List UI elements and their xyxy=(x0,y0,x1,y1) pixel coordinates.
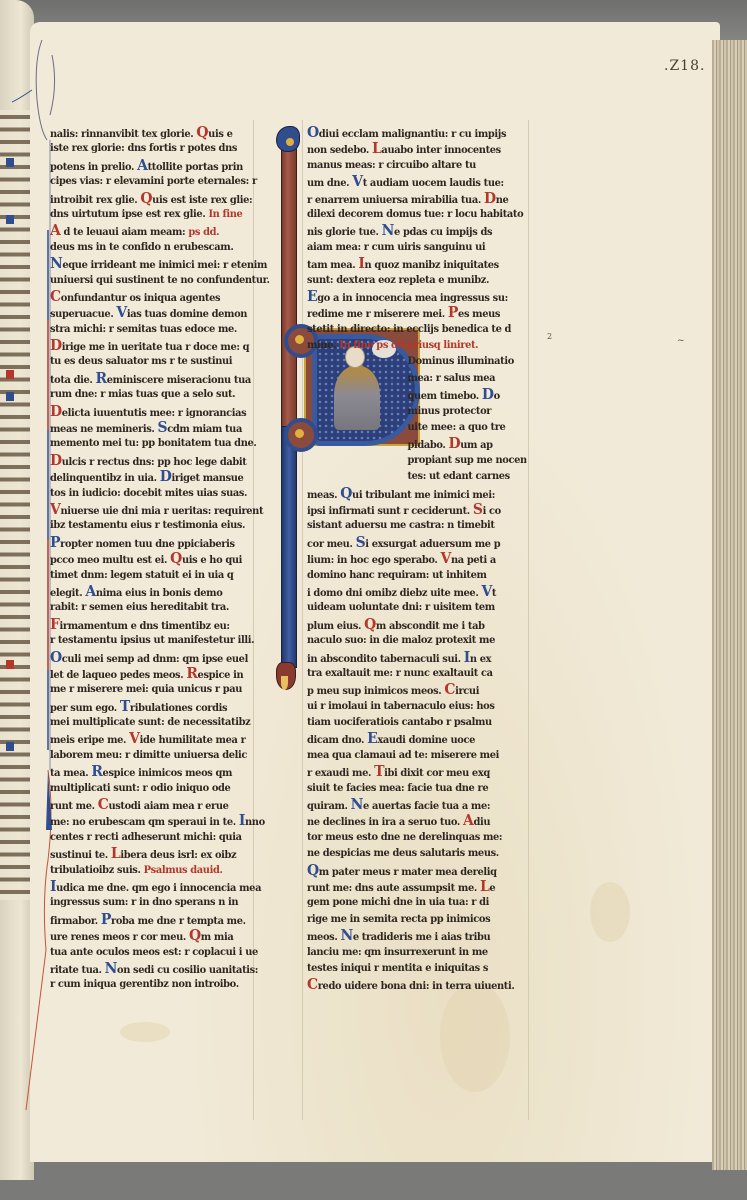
colored-initial: D xyxy=(449,435,461,451)
text-line: introibit rex glie. Quis est iste rex gl… xyxy=(50,190,270,206)
colored-initial: V xyxy=(481,583,491,599)
text-line: lanciu me: qm insurrexerunt in me xyxy=(307,944,527,960)
text-line: i domo dni omibz diebz uite mee. Vt xyxy=(307,583,527,599)
text-line: timet dnm: legem statuit ei in uia q xyxy=(50,567,270,583)
text-line: stetit in directo: in ecclijs benedica t… xyxy=(307,321,527,337)
text-line: sunt: dextera eoz repleta e munibz. xyxy=(307,272,527,288)
text-line: Propter nomen tuu dne ppiciaberis xyxy=(50,534,270,550)
text-line: Odiui ecclam malignantiu: r cu impijs xyxy=(307,124,527,140)
text-line: rige me in semita recta pp inimicos xyxy=(307,911,527,927)
text-line: non sedebo. Lauabo inter innocentes xyxy=(307,140,527,156)
text-line: redime me r miserere mei. Pes meus xyxy=(307,304,527,320)
text-line: meas. Qui tribulant me inimici mei: xyxy=(307,485,527,501)
text-line: quem timebo. Do xyxy=(307,386,527,402)
colored-initial: N xyxy=(351,796,363,812)
text-line: siuit te facies mea: facie tua dne re xyxy=(307,780,527,796)
text-line: ritate tua. Non sedi cu cosilio uanitati… xyxy=(50,960,270,976)
text-line: A d te leuaui aiam meam: ps dd. xyxy=(50,222,270,238)
colored-initial: Q xyxy=(340,485,352,501)
text-line: tos in iudicio: docebit mites uias suas. xyxy=(50,485,270,501)
text-line: tor meus esto dne ne derelinquas me: xyxy=(307,829,527,845)
text-line: uideam uoluntate dni: r uisitem tem xyxy=(307,599,527,615)
text-line: mei multiplicate sunt: de necessitatibz xyxy=(50,714,270,730)
text-line: cor meu. Si exsurgat aduersum me p xyxy=(307,534,527,550)
text-line: aiam mea: r cum uiris sanguinu ui xyxy=(307,239,527,255)
colored-initial: C xyxy=(444,681,455,697)
colored-initial: S xyxy=(473,501,483,517)
text-line: tam mea. In quoz manibz iniquitates xyxy=(307,255,527,271)
text-line: testes iniqui r mentita e iniquitas s xyxy=(307,960,527,976)
colored-initial: Q xyxy=(307,862,319,878)
text-line: tribulatioibz suis. Psalmus dauid. xyxy=(50,862,270,878)
colored-initial: Q xyxy=(140,190,152,206)
text-line: Neque irrideant me inimici mei: r etenim xyxy=(50,255,270,271)
colored-initial: Q xyxy=(189,927,201,943)
colored-initial: A xyxy=(137,157,147,173)
colored-initial: A xyxy=(463,812,473,828)
text-line: sistant aduersu me castra: n timebit xyxy=(307,517,527,533)
text-line: centes r recti adheserunt michi: quia xyxy=(50,829,270,845)
text-line: uniuersi qui sustinent te no confundentu… xyxy=(50,272,270,288)
text-line: ta mea. Respice inimicos meos qm xyxy=(50,763,270,779)
text-line: uite mee: a quo tre xyxy=(307,419,527,435)
text-line: Ego a in innocencia mea ingressus su: xyxy=(307,288,527,304)
ruling-line xyxy=(528,120,529,1120)
text-line: multiplicati sunt: r odio iniquo ode xyxy=(50,780,270,796)
text-line: p meu sup inimicos meos. Circui xyxy=(307,681,527,697)
colored-initial: Q xyxy=(196,124,208,140)
colored-initial: O xyxy=(307,124,319,140)
colored-initial: N xyxy=(382,222,394,238)
text-line: Credo uidere bona dni: in terra uiuenti. xyxy=(307,976,527,992)
colored-initial: V xyxy=(441,550,451,566)
colored-initial: V xyxy=(116,304,126,320)
text-line: meis eripe me. Vide humilitate mea r xyxy=(50,730,270,746)
colored-initial: T xyxy=(374,763,384,779)
colored-initial: N xyxy=(50,255,62,271)
text-line: Dulcis r rectus dns: pp hoc lege dabit xyxy=(50,452,270,468)
text-line: manus meas: r circuibo altare tu xyxy=(307,157,527,173)
rubric: Psalmus dauid. xyxy=(144,864,223,876)
text-line: ipsi infirmati sunt r ceciderunt. Si co xyxy=(307,501,527,517)
colored-initial: P xyxy=(448,304,458,320)
colored-initial: E xyxy=(367,730,377,746)
colored-initial: D xyxy=(50,452,62,468)
colored-initial: Q xyxy=(170,550,182,566)
colored-initial: O xyxy=(50,649,62,665)
text-line: Confundantur os iniqua agentes xyxy=(50,288,270,304)
text-line: Dominus illuminatio xyxy=(307,353,527,369)
text-line: stra michi: r semitas tuas edoce me. xyxy=(50,321,270,337)
colored-initial: V xyxy=(129,730,139,746)
text-line: ne despicias me deus salutaris meus. xyxy=(307,845,527,861)
text-line: dilexi decorem domus tue: r locu habitat… xyxy=(307,206,527,222)
text-line: tiam uociferatiois cantabo r psalmu xyxy=(307,714,527,730)
text-line: Qm pater meus r mater mea dereliq xyxy=(307,862,527,878)
folio-number: .Z18. xyxy=(664,58,705,74)
text-line: rabit: r semen eius hereditabit tra. xyxy=(50,599,270,615)
colored-initial: N xyxy=(105,960,117,976)
text-line: tu es deus saluator ms r te sustinui xyxy=(50,353,270,369)
text-line: plum eius. Qm abscondit me i tab xyxy=(307,616,527,632)
margin-mark: 2 xyxy=(547,332,552,341)
text-line: deus ms in te confido n erubescam. xyxy=(50,239,270,255)
text-line: ibz testamentu eius r testimonia eius. xyxy=(50,517,270,533)
colored-initial: P xyxy=(101,911,111,927)
text-line: runt me. Custodi aiam mea r erue xyxy=(50,796,270,812)
text-line: Vniuerse uie dni mia r ueritas: requiren… xyxy=(50,501,270,517)
text-line: Iudica me dne. qm ego i innocencia mea xyxy=(50,878,270,894)
colored-initial: A xyxy=(85,583,95,599)
text-line: runt me: dns aute assumpsit me. Le xyxy=(307,878,527,894)
colored-initial: V xyxy=(50,501,60,517)
page-edges xyxy=(712,40,747,1170)
rubric: ps dd. xyxy=(188,226,219,238)
text-line: mine. In fine ps dd priusq liniret. xyxy=(307,337,527,353)
text-line: r testamentu ipsius ut manifestetur illi… xyxy=(50,632,270,648)
text-line: r enarrem uniuersa mirabilia tua. Dne xyxy=(307,190,527,206)
text-line: ingressus sum: r in dno sperans n in xyxy=(50,894,270,910)
rubric: In fine ps dd priusq liniret. xyxy=(339,339,478,351)
colored-initial: D xyxy=(484,190,496,206)
text-line: ne declines in ira a seruo tuo. Adiu xyxy=(307,812,527,828)
text-line: dns uirtutum ipse est rex glie. In fine xyxy=(50,206,270,222)
text-line: um dne. Vt audiam uocem laudis tue: xyxy=(307,173,527,189)
text-line: propiant sup me nocen xyxy=(307,452,527,468)
text-line: nis glorie tue. Ne pdas cu impijs ds xyxy=(307,222,527,238)
colored-initial: L xyxy=(111,845,120,861)
colored-initial: R xyxy=(96,370,107,386)
text-line: gem pone michi dne in uia tua: r di xyxy=(307,894,527,910)
text-line: iste rex glorie: dns fortis r potes dns xyxy=(50,140,270,156)
text-line: r exaudi me. Tibi dixit cor meu exq xyxy=(307,763,527,779)
colored-initial: S xyxy=(356,534,366,550)
text-line: tra exaltauit me: r nunc exaltauit ca xyxy=(307,665,527,681)
text-line: mea: r salus mea xyxy=(307,370,527,386)
margin-note: ~ xyxy=(677,336,685,346)
text-line: lium: in hoc ego sperabo. Vna peti a xyxy=(307,550,527,566)
colored-initial: C xyxy=(98,796,109,812)
text-line: let de laqueo pedes meos. Respice in xyxy=(50,665,270,681)
colored-initial: F xyxy=(50,616,60,632)
colored-initial: I xyxy=(239,812,245,828)
colored-initial: L xyxy=(480,878,489,894)
colored-initial: E xyxy=(307,288,317,304)
text-line: ure renes meos r cor meu. Qm mia xyxy=(50,927,270,943)
initial-stem-blue xyxy=(281,426,297,668)
colored-initial: I xyxy=(358,255,364,271)
colored-initial: C xyxy=(307,976,318,992)
text-line: me: no erubescam qm speraui in te. Inno xyxy=(50,812,270,828)
text-line: Oculi mei semp ad dnm: qm ipse euel xyxy=(50,649,270,665)
text-line: laborem meu: r dimitte uniuersa delic xyxy=(50,747,270,763)
text-line: me r miserere mei: quia unicus r pau xyxy=(50,681,270,697)
colored-initial: D xyxy=(50,403,62,419)
text-line: tota die. Reminiscere miseracionu tua xyxy=(50,370,270,386)
colored-initial: R xyxy=(91,763,102,779)
text-line: cipes vias: r elevamini porte eternales:… xyxy=(50,173,270,189)
colored-initial: C xyxy=(50,288,61,304)
text-line: ui r imolaui in tabernaculo eius: hos xyxy=(307,698,527,714)
text-line: elegit. Anima eius in bonis demo xyxy=(50,583,270,599)
colored-initial: D xyxy=(160,468,172,484)
text-line: tes: ut edant carnes xyxy=(307,468,527,484)
text-column-right: Odiui ecclam malignantiu: r cu impijsnon… xyxy=(307,124,527,993)
text-line: mea qua clamaui ad te: miserere mei xyxy=(307,747,527,763)
text-line: r cum iniqua gerentibz non introibo. xyxy=(50,976,270,992)
text-line: sustinui te. Libera deus isrl: ex oibz xyxy=(50,845,270,861)
text-line: memento mei tu: pp bonitatem tua dne. xyxy=(50,435,270,451)
colored-initial: R xyxy=(186,665,197,681)
colored-initial: I xyxy=(50,878,56,894)
colored-initial: D xyxy=(50,337,62,353)
text-line: delinquentibz in uia. Diriget mansue xyxy=(50,468,270,484)
text-line: quiram. Ne auertas facie tua a me: xyxy=(307,796,527,812)
colored-initial: S xyxy=(157,419,167,435)
text-line: rum dne: r mias tuas que a selo sut. xyxy=(50,386,270,402)
colored-initial: Q xyxy=(364,616,376,632)
colored-initial: V xyxy=(352,173,362,189)
colored-initial: L xyxy=(372,140,381,156)
colored-initial: I xyxy=(464,649,470,665)
text-line: domino hanc requiram: ut inhitem xyxy=(307,567,527,583)
text-line: Firmamentum e dns timentibz eu: xyxy=(50,616,270,632)
colored-initial: T xyxy=(120,698,130,714)
text-column-left: nalis: rinnanvibit tex glorie. Quis eist… xyxy=(50,124,270,993)
text-line: firmabor. Proba me dne r tempta me. xyxy=(50,911,270,927)
rubric: In fine xyxy=(208,208,242,220)
text-line: Dirige me in ueritate tua r doce me: q xyxy=(50,337,270,353)
colored-initial: P xyxy=(50,534,60,550)
text-line: pcco meo multu est ei. Quis e ho qui xyxy=(50,550,270,566)
colored-initial: D xyxy=(482,386,494,402)
text-line: nalis: rinnanvibit tex glorie. Quis e xyxy=(50,124,270,140)
text-line: dicam dno. Exaudi domine uoce xyxy=(307,730,527,746)
text-line: tua ante oculos meos est: r coplacui i u… xyxy=(50,944,270,960)
colored-initial: A xyxy=(50,222,60,238)
colored-initial: N xyxy=(340,927,352,943)
text-line: pidabo. Dum ap xyxy=(307,435,527,451)
text-line: Delicta iuuentutis mee: r ignorancias xyxy=(50,403,270,419)
text-line: naculo suo: in die maloz protexit me xyxy=(307,632,527,648)
text-line: meas ne memineris. Scdm miam tua xyxy=(50,419,270,435)
text-line: superuacue. Vias tuas domine demon xyxy=(50,304,270,320)
text-line: potens in prelio. Attollite portas prin xyxy=(50,157,270,173)
text-line: in abscondito tabernaculi sui. In ex xyxy=(307,649,527,665)
text-line: per sum ego. Tribulationes cordis xyxy=(50,698,270,714)
text-line: meos. Ne tradideris me i aias tribu xyxy=(307,927,527,943)
text-line: minus protector xyxy=(307,403,527,419)
